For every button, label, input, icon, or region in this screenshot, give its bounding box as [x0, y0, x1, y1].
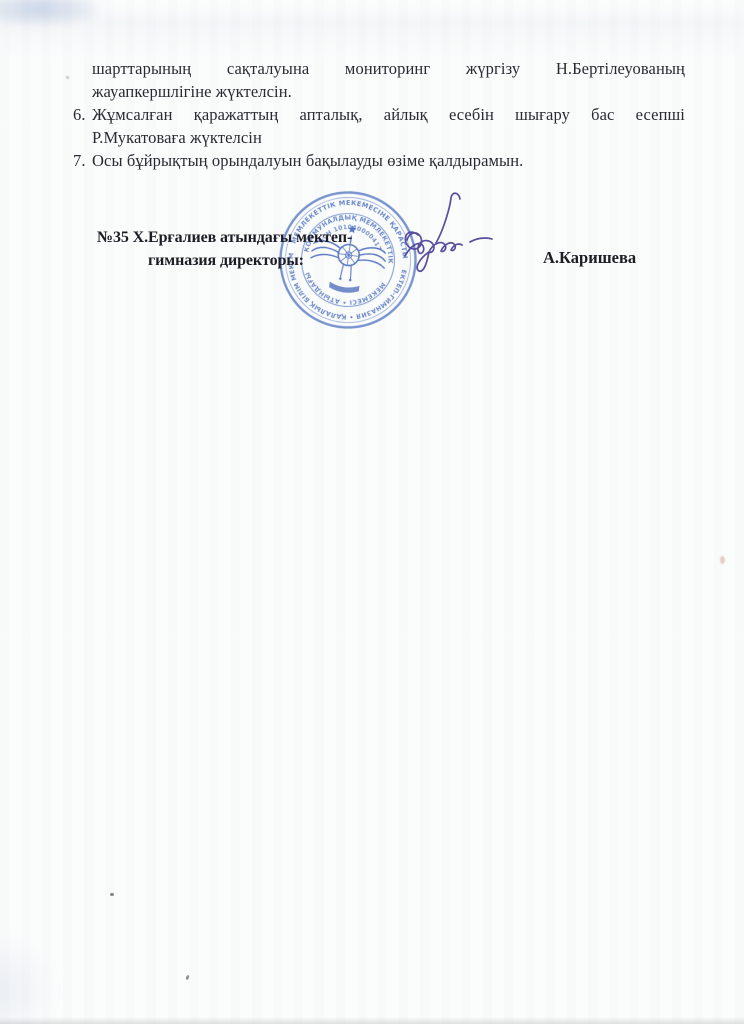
scan-band-top	[0, 14, 744, 58]
scan-edge-bottom	[0, 1017, 744, 1024]
list-item-6: 6. Жұмсалған қаражаттың апталық, айлық е…	[73, 103, 685, 126]
scan-speck	[66, 76, 69, 79]
scanned-document-page: шарттарының сақталуына мониторинг жүргіз…	[0, 0, 744, 1024]
list-item-text: Жұмсалған қаражаттың апталық, айлық есеб…	[92, 103, 685, 126]
paragraph-line: шарттарының сақталуына мониторинг жүргіз…	[92, 57, 685, 80]
handwritten-signature	[393, 185, 503, 280]
scan-speck	[185, 975, 190, 981]
signature-title-line2: гимназия директоры:	[148, 249, 304, 272]
list-item-6-continuation: Р.Мукатоваға жүктелсін	[92, 126, 685, 149]
list-item-number: 6.	[73, 103, 92, 126]
scan-speck	[110, 893, 114, 896]
signer-name: А.Каришева	[543, 246, 636, 269]
scan-tint-bottom-left	[0, 930, 58, 1024]
document-body-text: шарттарының сақталуына мониторинг жүргіз…	[73, 57, 685, 172]
list-item-text: Осы бұйрықтың орындалуын бақылауды өзіме…	[92, 149, 685, 172]
list-item-7: 7. Осы бұйрықтың орындалуын бақылауды өз…	[73, 149, 685, 172]
paragraph-line: жауапкершлігіне жүктелсін.	[92, 80, 685, 103]
list-item-number: 7.	[73, 149, 92, 172]
emblem-right-wing	[357, 246, 386, 268]
signature-title-line1: №35 Х.Ерғалиев атындағы мектеп-	[97, 226, 352, 249]
scan-speck-pink	[720, 556, 725, 564]
